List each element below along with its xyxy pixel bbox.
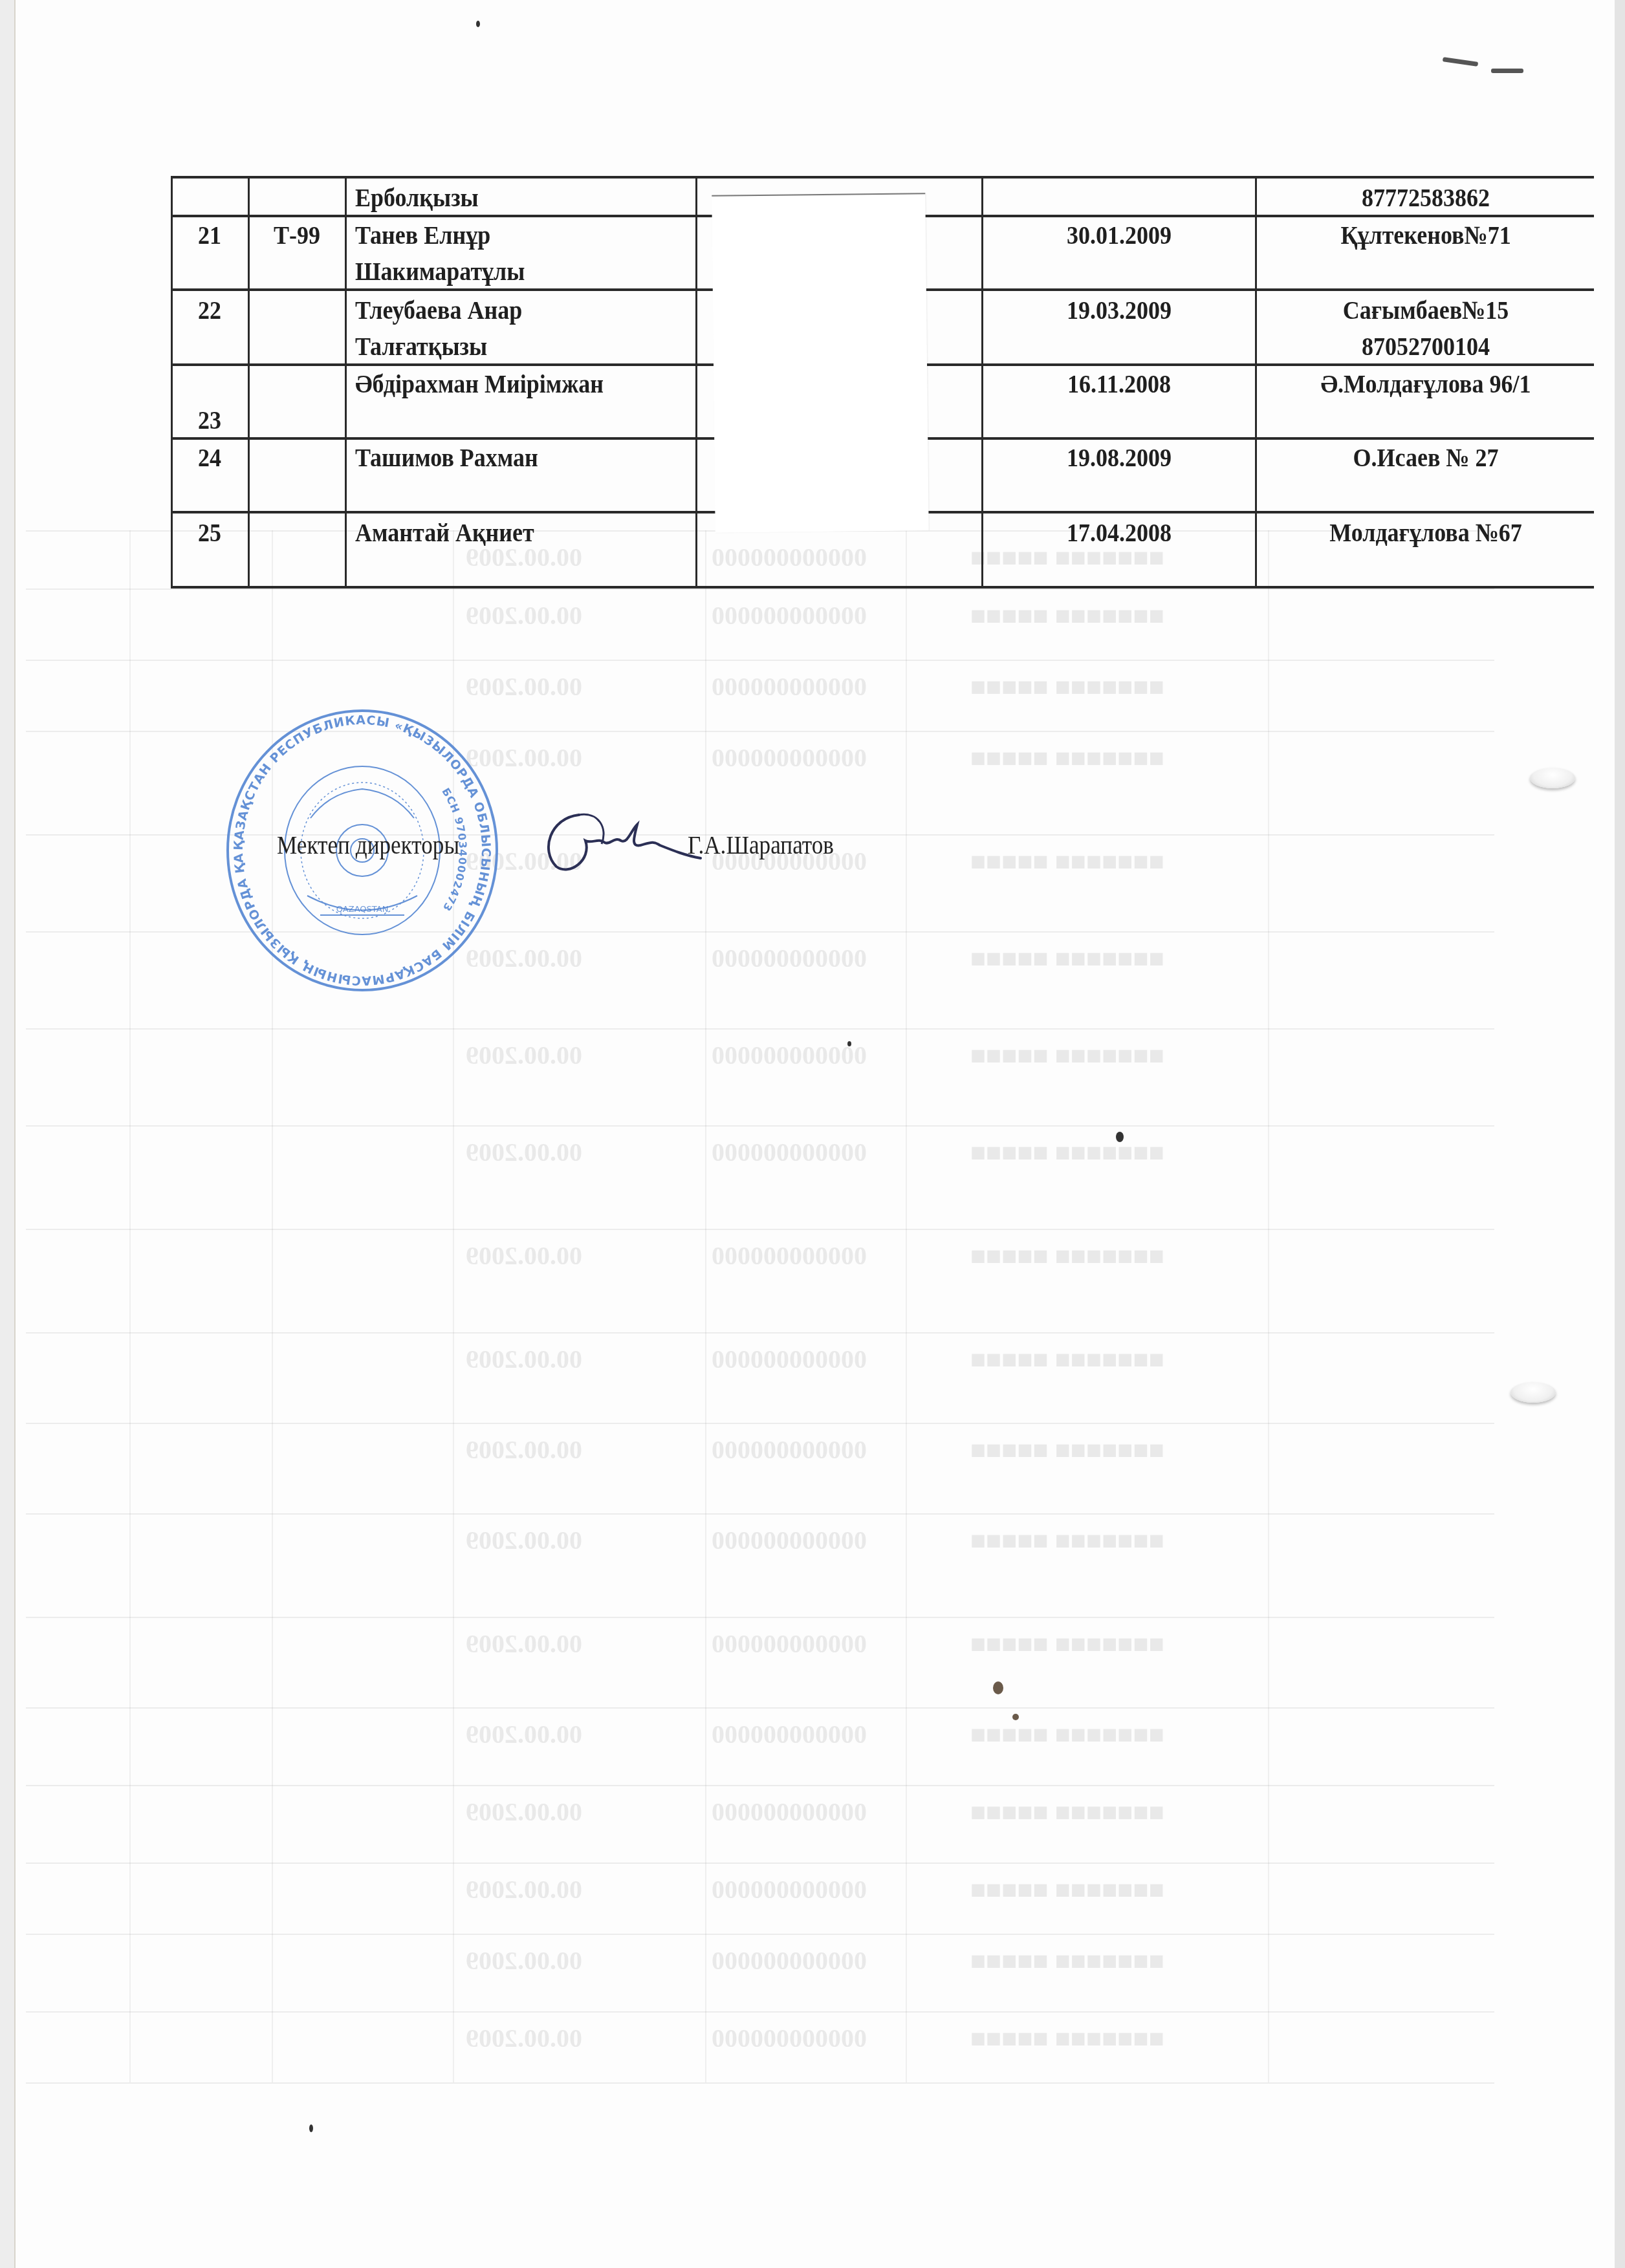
- redaction-paper: [712, 193, 928, 532]
- scanner-edge: [1615, 0, 1625, 2268]
- handwritten-signature-icon: [534, 805, 702, 876]
- cell-num: 23: [175, 402, 245, 438]
- table-border: [345, 176, 347, 587]
- scan-speck: [476, 21, 480, 27]
- table-border: [171, 176, 1594, 178]
- cell-name: Тлеубаева Анар Талғатқызы: [355, 292, 658, 365]
- cell-name: Танев Елнұр Шакимаратұлы: [355, 217, 658, 290]
- cell-code: Т-99: [254, 217, 341, 254]
- scan-speck: [1012, 1714, 1019, 1720]
- scan-speck: [993, 1681, 1003, 1694]
- scan-speck: [1116, 1132, 1124, 1142]
- cell-birth-date: 30.01.2009: [997, 217, 1241, 254]
- cell-birth-date: 17.04.2008: [997, 515, 1241, 551]
- cell-address: Молдағұлова №67: [1280, 515, 1571, 551]
- table-border: [171, 586, 1594, 589]
- cell-num: 25: [175, 515, 245, 551]
- staple-mark: [1491, 69, 1523, 73]
- director-name: Г.А.Шарапатов: [688, 830, 834, 860]
- cell-num: 24: [175, 440, 245, 476]
- punch-hole: [1510, 1382, 1556, 1403]
- scan-speck: [309, 2124, 313, 2132]
- scan-speck: [847, 1041, 851, 1046]
- cell-birth-date: 19.08.2009: [997, 440, 1241, 476]
- cell-birth-date: 16.11.2008: [997, 366, 1241, 402]
- table-border: [171, 176, 173, 587]
- cell-name: Амантай Ақниет: [355, 515, 658, 551]
- signature-label: Мектеп директоры: [277, 830, 459, 860]
- cell-address: Сағымбаев№15 87052700104: [1280, 292, 1571, 365]
- cell-num: 22: [175, 292, 245, 329]
- cell-address: О.Исаев № 27: [1280, 440, 1571, 476]
- cell-address: 87772583862: [1280, 180, 1571, 216]
- cell-name: Ерболқызы: [355, 180, 658, 216]
- svg-text:QAZAQSTAN: QAZAQSTAN: [336, 905, 389, 914]
- cell-num: 21: [175, 217, 245, 254]
- punch-hole: [1530, 768, 1575, 788]
- cell-name: Әбдірахман Миірімжан: [355, 366, 658, 402]
- cell-address: Құлтекенов№71: [1280, 217, 1571, 254]
- cell-address: Ә.Молдағұлова 96/1: [1280, 366, 1571, 402]
- table-border: [695, 176, 697, 587]
- table-border: [248, 176, 250, 587]
- table-border: [1255, 176, 1257, 587]
- table-border: [981, 176, 983, 587]
- cell-birth-date: 19.03.2009: [997, 292, 1241, 329]
- cell-name: Ташимов Рахман: [355, 440, 658, 476]
